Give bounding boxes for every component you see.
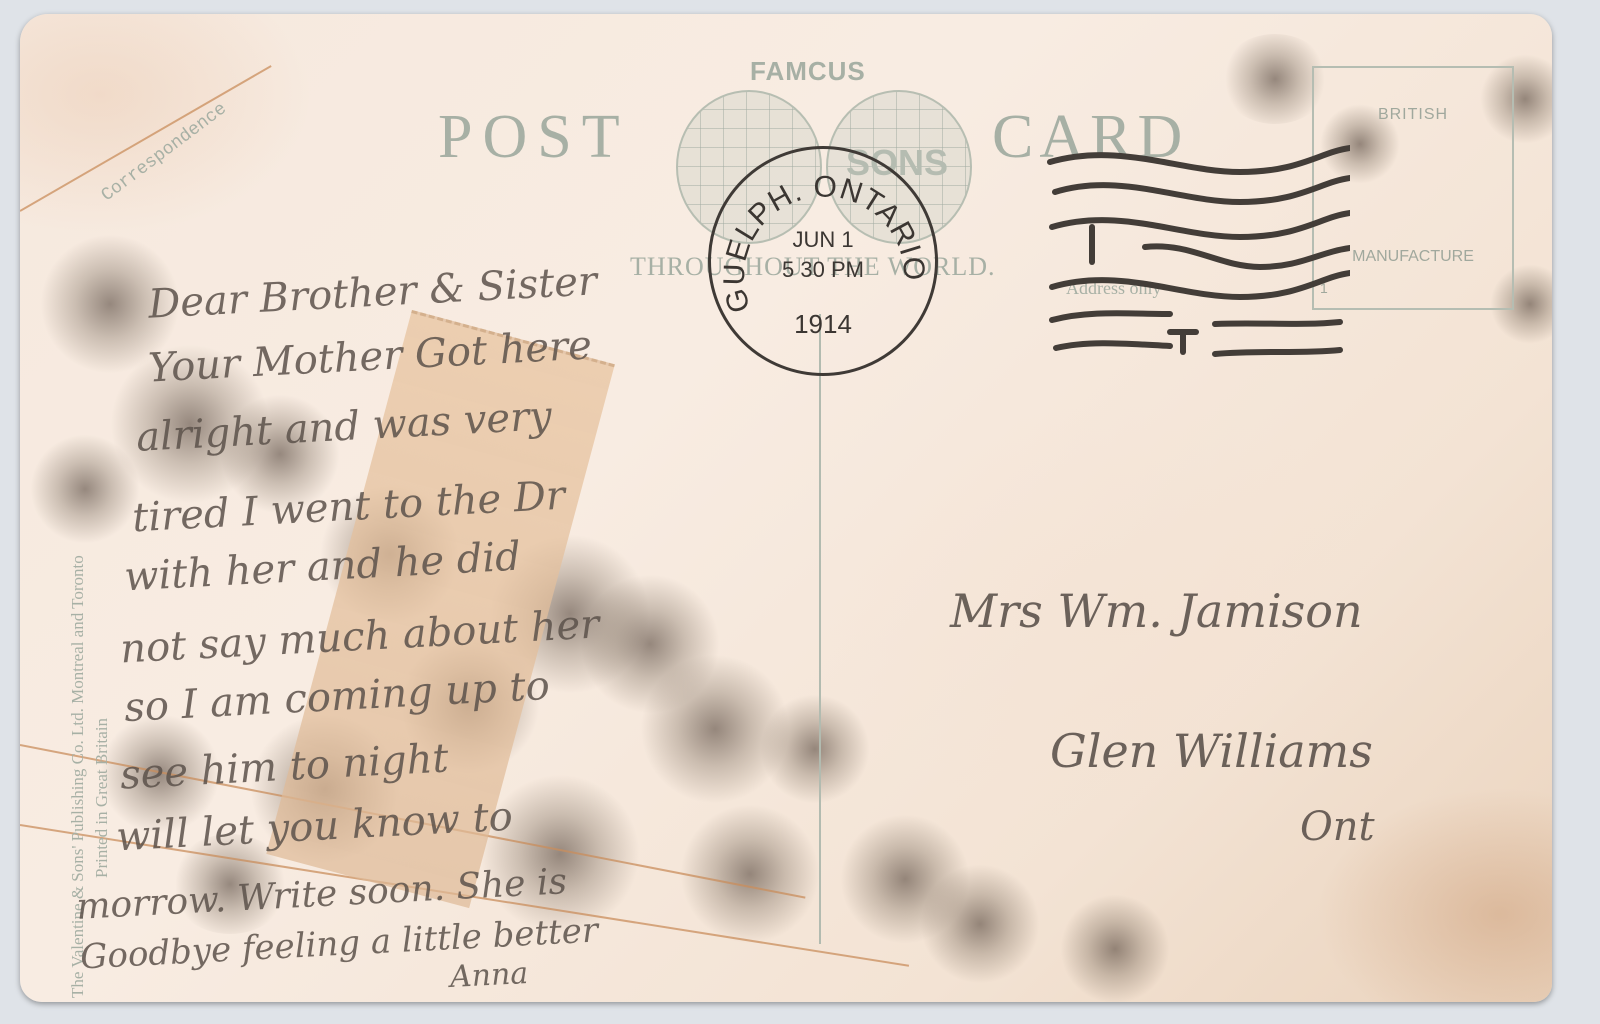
imprint-line-1: The Valentine & Sons' Publishing Co. Ltd…: [66, 555, 90, 998]
imprint-line-2: Printed in Great Britain: [90, 555, 114, 998]
crease: [20, 65, 272, 212]
brand-top: FAMCUS: [750, 56, 866, 87]
stamp-box-top: BRITISH: [1314, 106, 1512, 124]
postmark-time: 5 30 PM: [711, 257, 935, 283]
side-imprint: The Valentine & Sons' Publishing Co. Ltd…: [66, 555, 114, 998]
postmark-year: 1914: [711, 309, 935, 340]
wavy-cancellation-icon: [1030, 142, 1350, 362]
message-line: Dear Brother & Sister: [147, 258, 598, 327]
postmark-date: JUN 1: [711, 227, 935, 253]
post-heading: POST: [438, 102, 630, 173]
postmark: GUELPH. ONTARIO JUN 1 5 30 PM 1914: [708, 146, 938, 376]
recipient-town: Glen Williams: [1050, 724, 1373, 778]
postcard-back: POST CARD FAMCUS SONS THROUGHOUT THE WOR…: [20, 14, 1552, 1002]
divider-line: [819, 314, 821, 944]
message-signature: Anna: [449, 956, 529, 995]
recipient-province: Ont: [1300, 804, 1375, 850]
recipient-name: Mrs Wm. Jamison: [950, 584, 1363, 638]
